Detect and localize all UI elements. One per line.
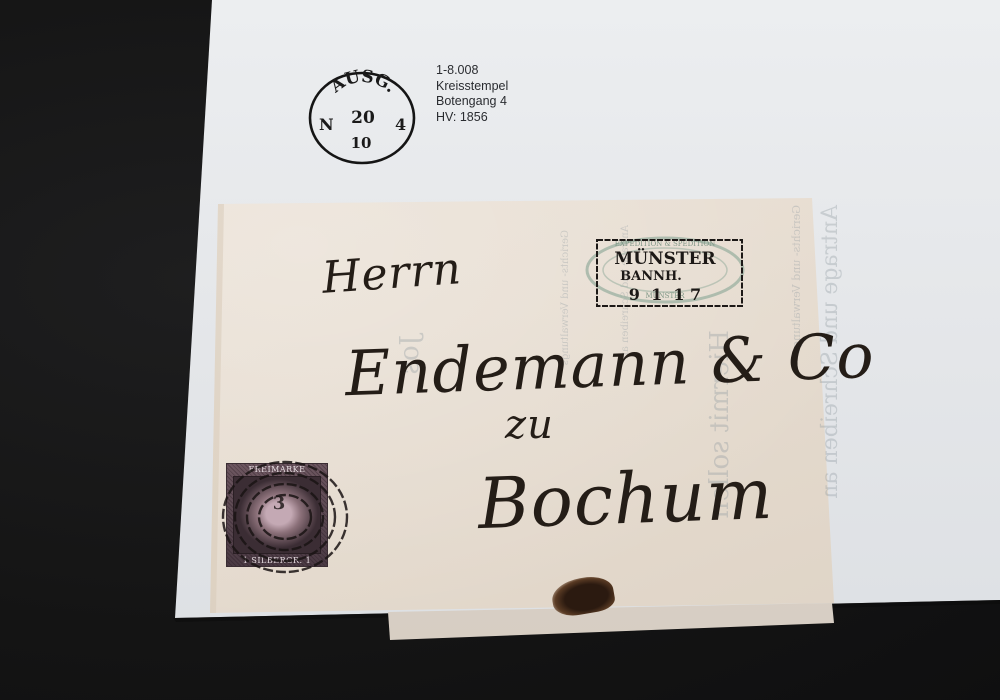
address-title: Herrn	[320, 243, 463, 304]
address-city: Bochum	[477, 453, 775, 545]
box-postmark-town: MÜNSTER	[614, 248, 716, 269]
example-postmark-town: AUSG.	[326, 68, 400, 98]
postmark-type: Kreisstempel	[436, 79, 508, 95]
postmark-position: Botengang 4	[436, 94, 508, 110]
example-postmark-day: 20	[351, 108, 375, 128]
example-postmark-hour: 4	[395, 115, 406, 134]
example-postmark: AUSG. 20 10 N 4	[305, 68, 420, 168]
album-inscription: 1-8.008 Kreisstempel Botengang 4 HV: 185…	[436, 63, 508, 125]
box-postmark: EXPEDITION & SPEDITION MÜNSTER MÜNSTER B…	[585, 232, 755, 317]
box-postmark-date: 9 1 1 7	[629, 285, 701, 304]
svg-text:3: 3	[273, 493, 286, 514]
address-preposition: zu	[505, 402, 554, 448]
catalog-number: 1-8.008	[436, 63, 508, 79]
example-postmark-month: 10	[351, 134, 372, 152]
example-postmark-left-letter: N	[319, 115, 334, 134]
ring-cancel-icon: 3	[215, 455, 360, 580]
box-postmark-station: BANNH.	[620, 269, 682, 284]
oval-stamp-text: EXPEDITION & SPEDITION	[615, 240, 716, 248]
earliest-use: HV: 1856	[436, 110, 508, 126]
